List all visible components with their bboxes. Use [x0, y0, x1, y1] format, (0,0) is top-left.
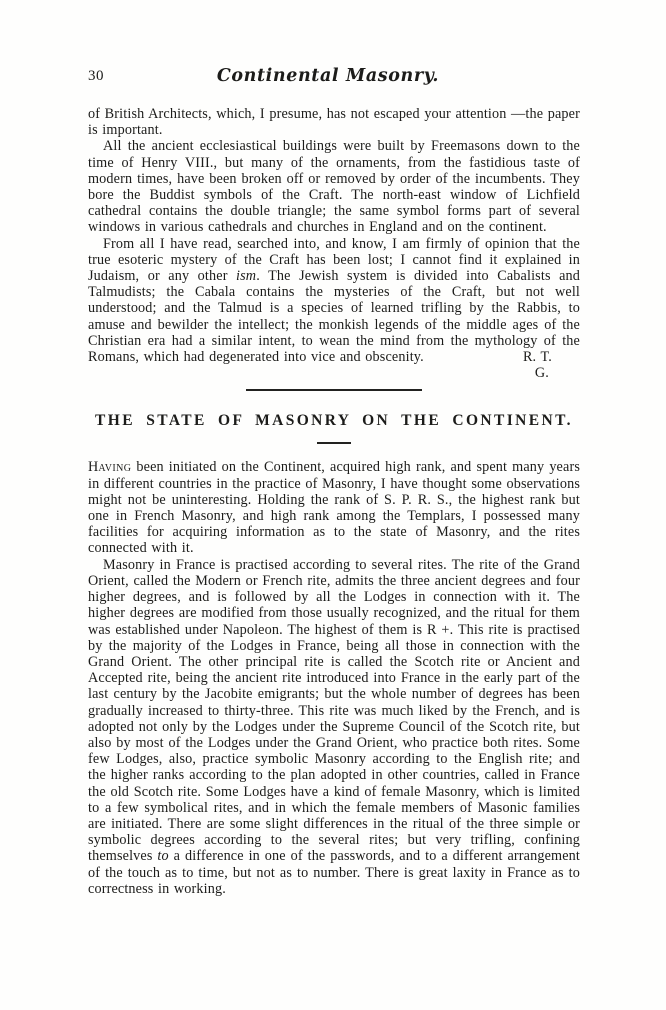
paragraph: Having been initiated on the Continent, … [88, 459, 580, 556]
article-title: THE STATE OF MASONRY ON THE CONTINENT. [88, 411, 580, 431]
running-head: Continental Masonry. [88, 66, 568, 86]
scanned-book-page: 30 Continental Masonry. of British Archi… [0, 0, 666, 1010]
page-header: 30 Continental Masonry. [88, 66, 580, 90]
paragraph: Masonry in France is practised according… [88, 557, 580, 897]
text-run: been initiated on the Continent, acquire… [88, 459, 580, 556]
letter-paragraphs: of British Architects, which, I presume,… [88, 106, 580, 365]
text-run: Masonry in France is practised according… [88, 557, 580, 865]
text-run: ism [236, 268, 256, 284]
text-run: of British Architects, which, I presume,… [88, 106, 580, 138]
article-body: Having been initiated on the Continent, … [88, 459, 580, 896]
letter-body: of British Architects, which, I presume,… [88, 106, 580, 381]
text-run: to [157, 848, 168, 864]
paragraph: All the ancient ecclesiastical buildings… [88, 138, 580, 235]
text-run: aving [98, 459, 131, 475]
section-divider-rule [246, 389, 422, 391]
text-run: All the ancient ecclesiastical buildings… [88, 138, 580, 235]
signature-initials-2: G. [88, 365, 580, 381]
text-run: H [88, 459, 98, 475]
article-paragraphs: Having been initiated on the Continent, … [88, 459, 580, 896]
title-dash-rule [317, 442, 351, 444]
paragraph: of British Architects, which, I presume,… [88, 106, 580, 138]
paragraph: From all I have read, searched into, and… [88, 236, 580, 366]
